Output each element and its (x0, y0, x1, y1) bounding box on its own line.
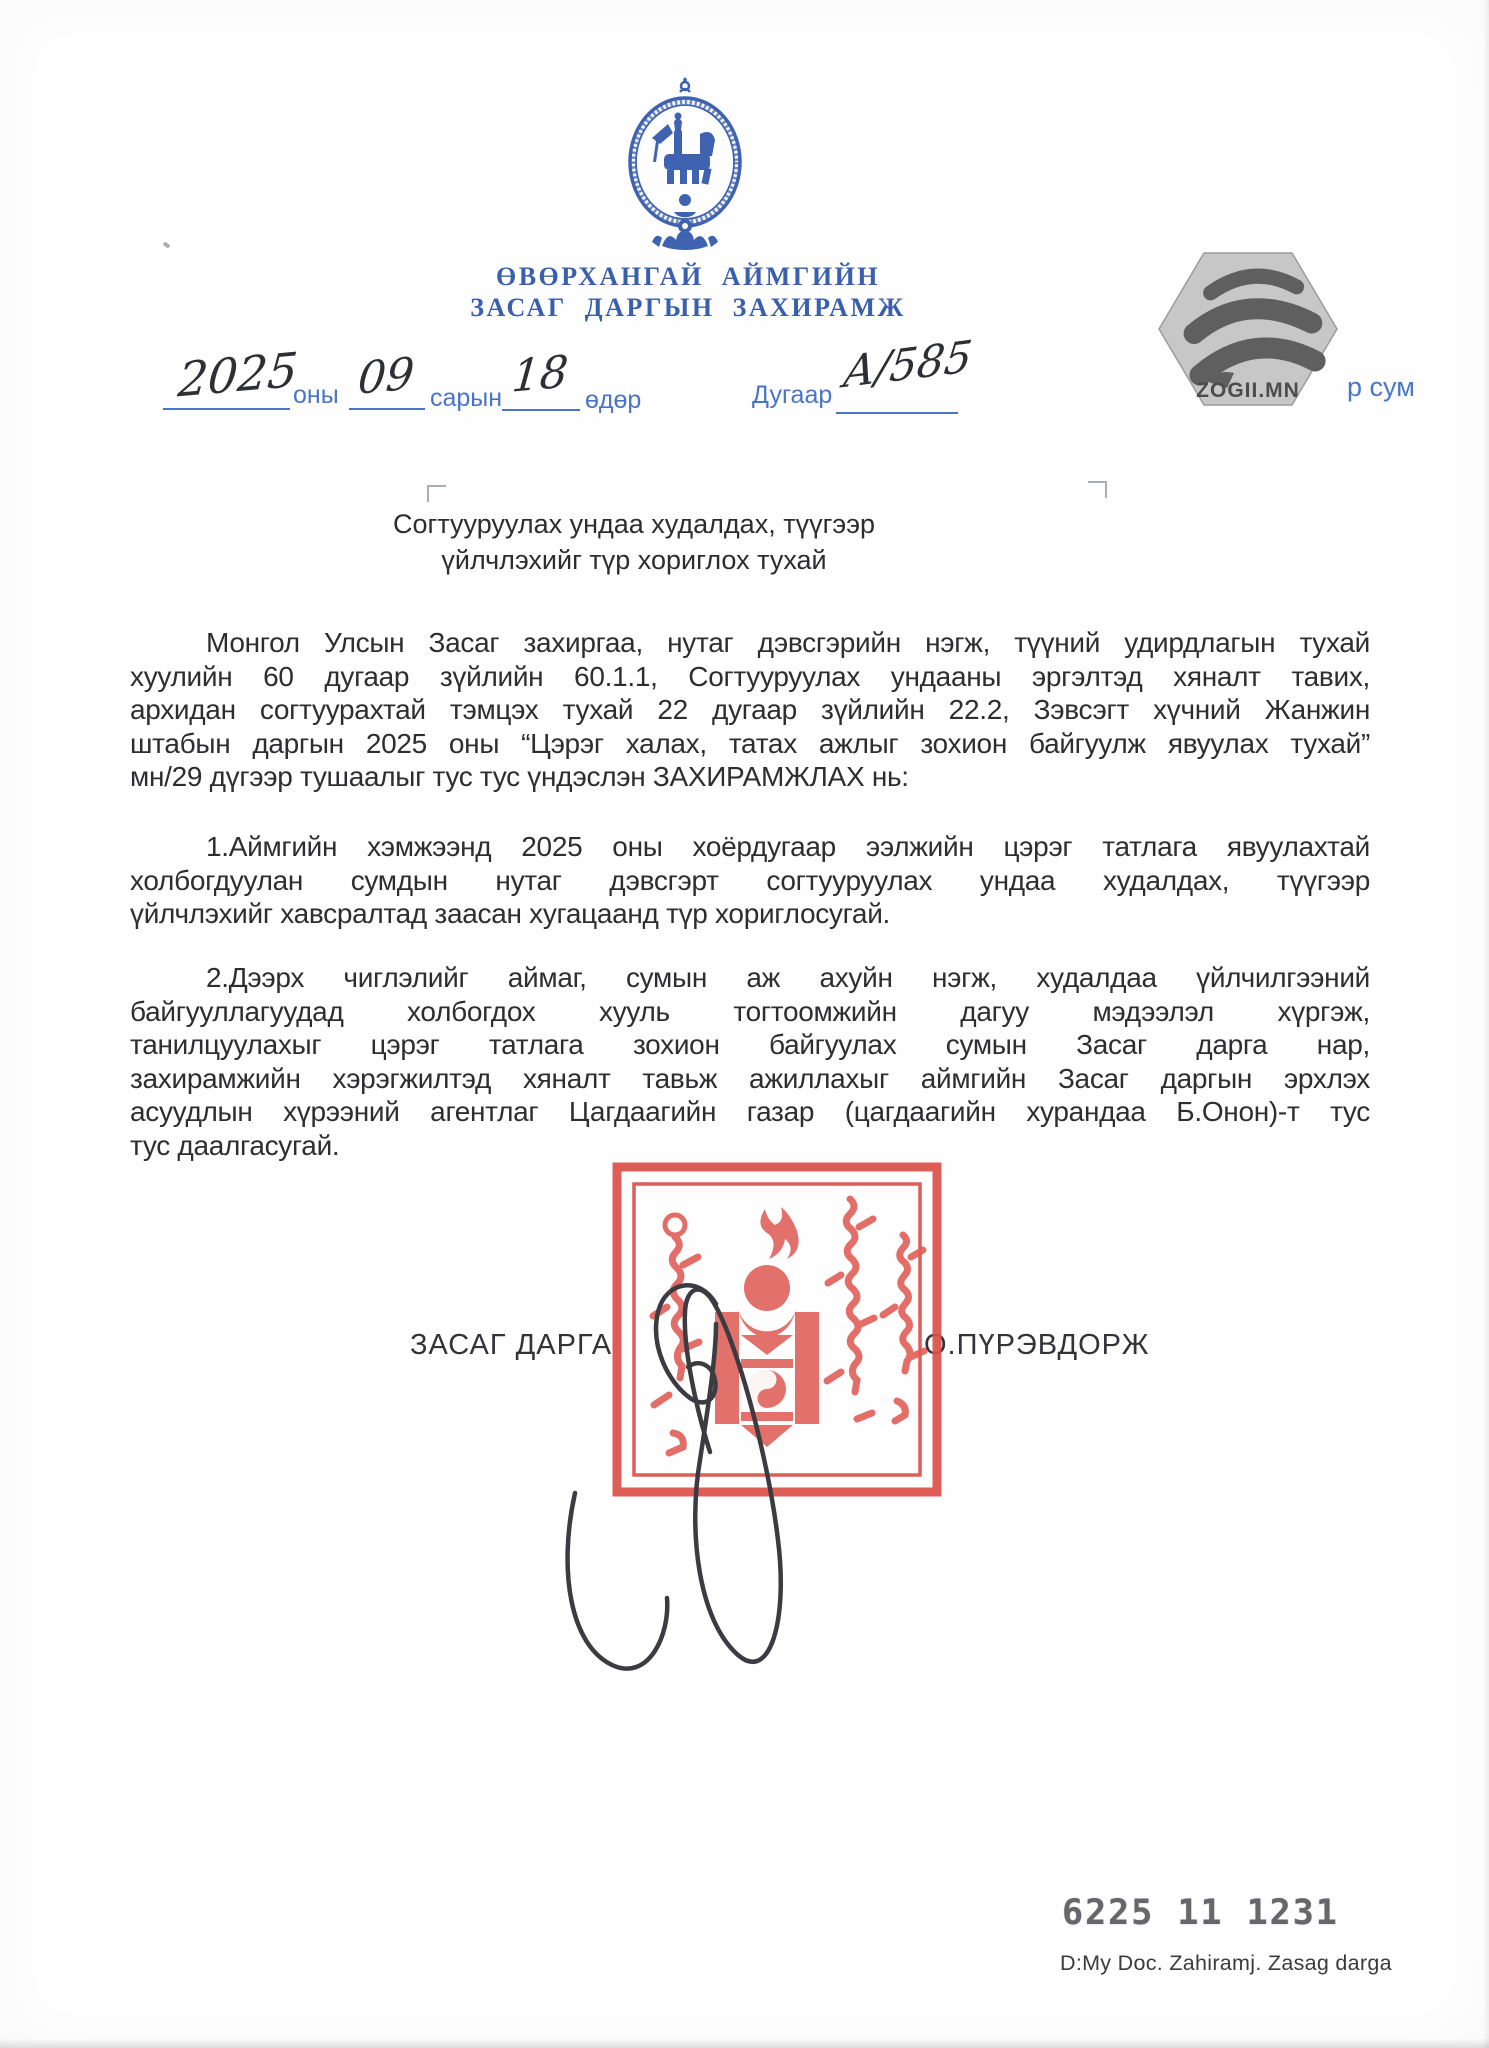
signature-ink (520, 1240, 860, 1710)
org-header: ӨВӨРХАНГАЙ АЙМГИЙН ЗАСАГ ДАРГЫН ЗАХИРАМЖ (312, 261, 1064, 323)
month-label: сарын (430, 384, 502, 413)
paragraph-line: хуулийн 60 дугаар зүйлийн 60.1.1, Согтуу… (130, 660, 1370, 694)
title-frame-mark-right (1088, 481, 1107, 498)
document-title-line2: үйлчлэхийг түр хориглох тухай (383, 542, 885, 578)
scan-edge-bottom (0, 2038, 1489, 2048)
paragraph-line: мн/29 дүгээр тушаалыг тус тус үндэслэн З… (130, 760, 1370, 794)
paragraph-line: 2.Дээрх чиглэлийг аймаг, сумын аж ахуйн … (130, 961, 1370, 995)
paragraph-line: штабын даргын 2025 оны “Цэрэг халах, тат… (130, 727, 1370, 761)
state-emblem-icon (622, 76, 748, 250)
org-header-line2: ЗАСАГ ДАРГЫН ЗАХИРАМЖ (312, 292, 1064, 323)
day-underline (502, 409, 580, 411)
clause-2-paragraph: 2.Дээрх чиглэлийг аймаг, сумын аж ахуйн … (130, 961, 1370, 1162)
paragraph-line: танилцуулахыг цэрэг татлага зохион байгу… (130, 1028, 1370, 1062)
number-label: Дугаар (752, 381, 832, 410)
scanned-decree-page: ӨВӨРХАНГАЙ АЙМГИЙН ЗАСАГ ДАРГЫН ЗАХИРАМЖ… (0, 0, 1489, 2048)
paragraph-line: захирамжийн хэрэгжилтэд хяналт тавьж ажи… (130, 1062, 1370, 1096)
day-label: өдөр (585, 386, 641, 415)
watermark-caption-partial: р сум (1347, 372, 1415, 403)
scan-speck (162, 241, 170, 248)
governor-name: О.ПҮРЭВДОРЖ (924, 1329, 1149, 1362)
year-underline (163, 408, 290, 410)
paragraph-line: асуудлын хүрээний агентлаг Цагдаагийн га… (130, 1095, 1370, 1129)
preamble-paragraph: Монгол Улсын Засаг захиргаа, нутаг дэвсг… (130, 626, 1370, 794)
org-header-line1: ӨВӨРХАНГАЙ АЙМГИЙН (312, 261, 1064, 292)
paragraph-line: архидан согтуурахтай тэмцэх тухай 22 дуг… (130, 693, 1370, 727)
paragraph-line: 1.Аймгийн хэмжээнд 2025 оны хоёрдугаар э… (130, 830, 1370, 864)
handwritten-number: А/585 (840, 332, 974, 399)
handwritten-month: 09 (356, 348, 416, 404)
handwritten-day: 18 (510, 346, 570, 402)
paragraph-line: холбогдуулан сумдын нутаг дэвсгэрт согту… (130, 864, 1370, 898)
clause-1-paragraph: 1.Аймгийн хэмжээнд 2025 оны хоёрдугаар э… (130, 830, 1370, 931)
zogii-watermark-logo-icon: ZOGII.MN (1150, 244, 1346, 414)
paragraph-line: үйлчлэхийг хавсралтад заасан хугацаанд т… (130, 897, 1370, 931)
document-title: Согтууруулах ундаа худалдах, түүгээр үйл… (383, 506, 885, 578)
year-label: оны (293, 381, 339, 410)
number-underline (836, 412, 958, 414)
document-title-line1: Согтууруулах ундаа худалдах, түүгээр (383, 506, 885, 542)
registry-stamp-number: 6225 11 1231 (1062, 1893, 1339, 1933)
watermark-logo-text: ZOGII.MN (1196, 379, 1300, 402)
month-underline (349, 408, 425, 410)
paragraph-line: Монгол Улсын Засаг захиргаа, нутаг дэвсг… (130, 626, 1370, 660)
title-frame-mark-left (427, 485, 446, 502)
handwritten-year: 2025 (176, 342, 300, 408)
scan-edge-right (1483, 0, 1489, 2048)
paragraph-line: байгууллагуудад холбогдох хууль тогтоомж… (130, 995, 1370, 1029)
document-file-note: D:My Doc. Zahiramj. Zasag darga (1060, 1951, 1392, 1976)
